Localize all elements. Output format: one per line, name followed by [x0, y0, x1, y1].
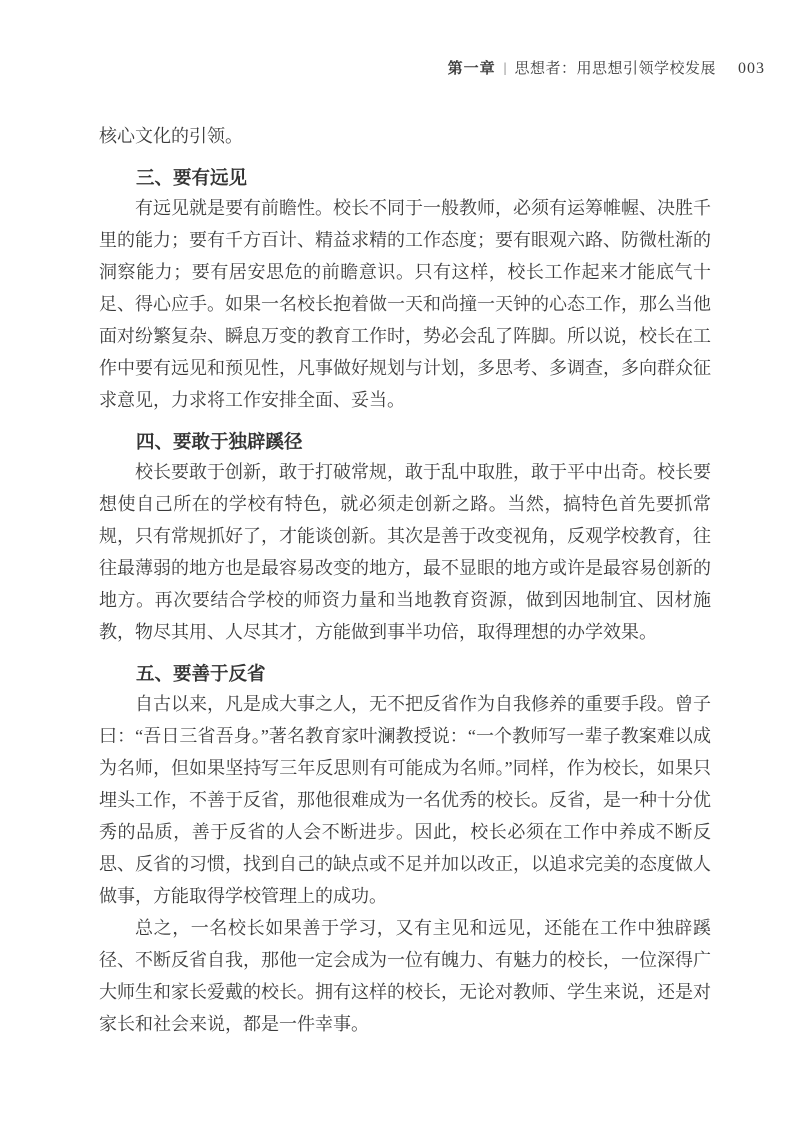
running-header: 第一章 | 思想者：用思想引领学校发展 003 [448, 58, 765, 81]
section-heading: 五、要善于反省 [99, 659, 711, 688]
body-paragraph: 有远见就是要有前瞻性。校长不同于一般教师，必须有运筹帷幄、决胜千里的能力；要有千… [99, 192, 711, 416]
content-area: 核心文化的引领。三、要有远见有远见就是要有前瞻性。校长不同于一般教师，必须有运筹… [99, 120, 711, 1040]
body-paragraph: 核心文化的引领。 [99, 120, 711, 152]
chapter-title: 思想者：用思想引领学校发展 [514, 58, 716, 80]
book-page: { "page": { "header": { "chapter_label":… [0, 0, 799, 1129]
chapter-label: 第一章 [448, 58, 496, 80]
header-separator: | [504, 58, 507, 80]
body-paragraph: 校长要敢于创新，敢于打破常规，敢于乱中取胜，敢于平中出奇。校长要想使自己所在的学… [99, 456, 711, 648]
section-heading: 三、要有远见 [99, 163, 711, 192]
body-paragraph: 自古以来，凡是成大事之人，无不把反省作为自我修养的重要手段。曾子曰：“吾日三省吾… [99, 688, 711, 912]
body-paragraph: 总之，一名校长如果善于学习，又有主见和远见，还能在工作中独辟蹊径、不断反省自我，… [99, 912, 711, 1040]
page-number: 003 [738, 58, 765, 80]
section-heading: 四、要敢于独辟蹊径 [99, 427, 711, 456]
